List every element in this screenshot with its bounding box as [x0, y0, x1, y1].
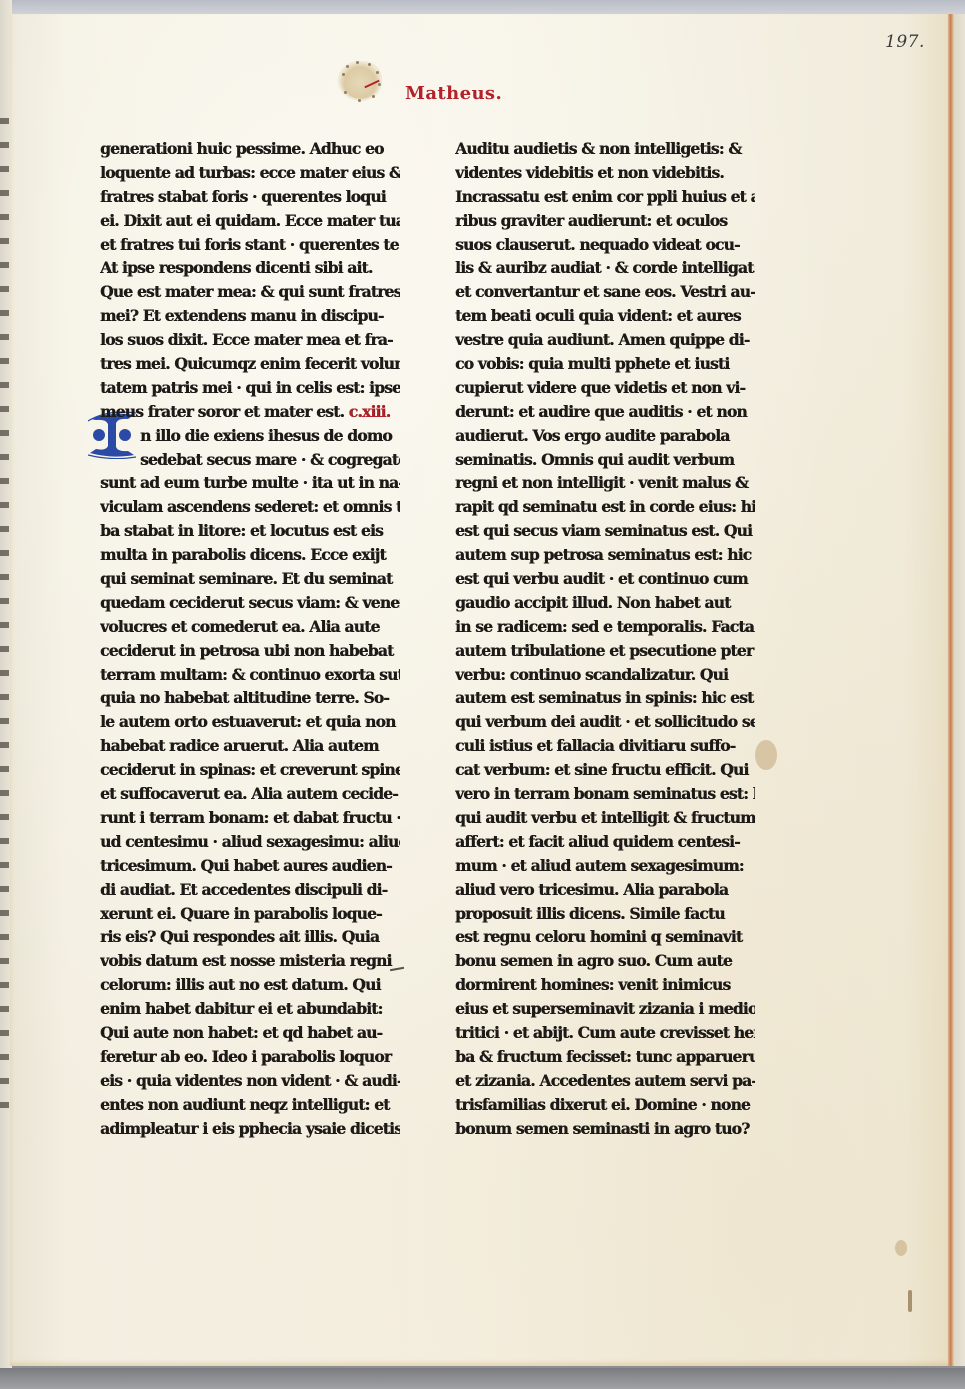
- facing-text-fragment: [0, 430, 9, 436]
- facing-text-fragment: [0, 886, 9, 892]
- stitch-mark: [358, 99, 361, 102]
- facing-text-fragment: [0, 646, 9, 652]
- text-line: verbu: continuo scandalizatur. Qui: [455, 663, 755, 687]
- facing-text-fragment: [0, 142, 9, 148]
- text-line: cat verbum: et sine fructu efficit. Qui: [455, 758, 755, 782]
- text-line: mum · et aliud autem sexagesimum:: [455, 854, 755, 878]
- text-line: quia no habebat altitudine terre. So-: [100, 686, 400, 710]
- marginal-mark: [908, 1290, 912, 1312]
- chapter-rubric: c.xiii.: [349, 402, 391, 421]
- text-line: fratres stabat foris · querentes loqui: [100, 185, 400, 209]
- stitch-mark: [346, 65, 349, 68]
- text-line: qui verbum dei audit · et sollicitudo se…: [455, 710, 755, 734]
- facing-text-fragment: [0, 838, 9, 844]
- text-line: rapit qd seminatu est in corde eius: hic: [455, 495, 755, 519]
- parchment-hole: [340, 63, 380, 99]
- text-line: ris eis? Qui respondes ait illis. Quia: [100, 925, 400, 949]
- facing-text-fragment: [0, 574, 9, 580]
- text-line: qui seminat seminare. Et du seminat: [100, 567, 400, 591]
- text-line: los suos dixit. Ecce mater mea et fra-: [100, 328, 400, 352]
- text-line: Qui aute non habet: et qd habet au-: [100, 1021, 400, 1045]
- text-line: in se radicem: sed e temporalis. Facta: [455, 615, 755, 639]
- text-line: bonu semen in agro suo. Cum aute: [455, 949, 755, 973]
- facing-text-fragment: [0, 454, 9, 460]
- text-line: audierut. Vos ergo audite parabola: [455, 424, 755, 448]
- facing-text-fragment: [0, 1054, 9, 1060]
- facing-text-fragment: [0, 766, 9, 772]
- text-column-left: generationi huic pessime. Adhuc eo loque…: [100, 137, 400, 1140]
- text-line: ba & fructum fecisset: tunc apparuerut: [455, 1045, 755, 1069]
- text-line: autem sup petrosa seminatus est: hic: [455, 543, 755, 567]
- text-line: generationi huic pessime. Adhuc eo: [100, 137, 400, 161]
- text-line: est qui verbu audit · et continuo cum: [455, 567, 755, 591]
- stitch-mark: [378, 83, 381, 86]
- facing-text-fragment: [0, 238, 9, 244]
- text-line: gaudio accipit illud. Non habet aut: [455, 591, 755, 615]
- text-line: dormirent homines: venit inimicus: [455, 973, 755, 997]
- folio-number: 197.: [885, 32, 925, 52]
- stitch-mark: [372, 95, 375, 98]
- text-column-right: Auditu audietis & non intelligetis: & vi…: [455, 137, 755, 1140]
- text-line: vobis datum est nosse misteria regni: [100, 949, 400, 973]
- facing-text-fragment: [0, 694, 9, 700]
- text-line: autem tribulatione et psecutione pter: [455, 639, 755, 663]
- text-line: loquente ad turbas: ecce mater eius &: [100, 161, 400, 185]
- text-line: le autem orto estuaverut: et quia non: [100, 710, 400, 734]
- text-line: celorum: illis aut no est datum. Qui: [100, 973, 400, 997]
- text-line: co vobis: quia multi pphete et iusti: [455, 352, 755, 376]
- facing-text-fragment: [0, 214, 9, 220]
- text-line: volucres et comederut ea. Alia aute: [100, 615, 400, 639]
- text-line: Incrassatu est enim cor ppli huius et au…: [455, 185, 755, 209]
- facing-text-fragment: [0, 478, 9, 484]
- text-line: meus frater soror et mater est. c.xiii.: [100, 400, 400, 424]
- text-line: et zizania. Accedentes autem servi pa-: [455, 1069, 755, 1093]
- parchment-stain: [895, 1240, 907, 1256]
- text-line: runt i terram bonam: et dabat fructu · a…: [100, 806, 400, 830]
- text-line: est regnu celoru homini q seminavit: [455, 925, 755, 949]
- text-line: seminatis. Omnis qui audit verbum: [455, 448, 755, 472]
- facing-text-fragment: [0, 502, 9, 508]
- text-line: Auditu audietis & non intelligetis: &: [455, 137, 755, 161]
- facing-text-fragment: [0, 910, 9, 916]
- text-line: est qui secus viam seminatus est. Qui: [455, 519, 755, 543]
- text-line: et convertantur et sane eos. Vestri au-: [455, 280, 755, 304]
- text-line: regni et non intelligit · venit malus &: [455, 471, 755, 495]
- text-line: n illo die exiens ihesus de domo: [100, 424, 400, 448]
- facing-text-fragment: [0, 358, 9, 364]
- facing-text-fragment: [0, 190, 9, 196]
- facing-text-fragment: [0, 814, 9, 820]
- stitch-mark: [376, 71, 379, 74]
- text-line: et fratres tui foris stant · querentes t…: [100, 233, 400, 257]
- text-line: entes non audiunt neqz intelligut: et: [100, 1093, 400, 1117]
- text-line: derunt: et audire que auditis · et non: [455, 400, 755, 424]
- text-line: ba stabat in litore: et locutus est eis: [100, 519, 400, 543]
- text-line: ceciderut in petrosa ubi non habebat: [100, 639, 400, 663]
- text-line: viculam ascendens sederet: et omnis tur-: [100, 495, 400, 519]
- text-line: culi istius et fallacia divitiaru suffo-: [455, 734, 755, 758]
- text-line-content: meus frater soror et mater est.: [100, 402, 344, 421]
- facing-text-fragment: [0, 718, 9, 724]
- scan-background-top: [0, 0, 965, 14]
- facing-text-fragment: [0, 118, 9, 124]
- text-line: eis · quia videntes non vident · & audi-: [100, 1069, 400, 1093]
- text-line: videntes videbitis et non videbitis.: [455, 161, 755, 185]
- text-line: feretur ab eo. Ideo i parabolis loquor: [100, 1045, 400, 1069]
- text-line: eius et superseminavit zizania i medio: [455, 997, 755, 1021]
- text-line: ud centesimu · aliud sexagesimu: aliud: [100, 830, 400, 854]
- text-line: vero in terram bonam seminatus est: hic …: [455, 782, 755, 806]
- text-line: trisfamilias dixerut ei. Domine · none: [455, 1093, 755, 1117]
- running-head: Matheus.: [405, 83, 502, 104]
- text-line: lis & auribz audiat · & corde intelligat…: [455, 256, 755, 280]
- text-line: quedam ceciderut secus viam: & venerut: [100, 591, 400, 615]
- parchment-stain: [755, 740, 777, 770]
- facing-text-fragment: [0, 742, 9, 748]
- facing-text-fragment: [0, 670, 9, 676]
- text-line: tem beati oculi quia vident: et aures: [455, 304, 755, 328]
- facing-text-fragment: [0, 622, 9, 628]
- text-line: sedebat secus mare · & cogregate: [100, 448, 400, 472]
- facing-text-fragment: [0, 790, 9, 796]
- facing-text-fragment: [0, 526, 9, 532]
- facing-text-fragment: [0, 166, 9, 172]
- text-line: habebat radice aruerut. Alia autem: [100, 734, 400, 758]
- facing-text-fragment: [0, 382, 9, 388]
- facing-text-fragment: [0, 1102, 9, 1108]
- text-line: cupierut videre que videtis et non vi-: [455, 376, 755, 400]
- scan-background-bottom: [0, 1368, 965, 1389]
- text-line: suos clauserut. nequado videat ocu-: [455, 233, 755, 257]
- stitch-mark: [368, 63, 371, 66]
- text-line: vestre quia audiunt. Amen quippe di-: [455, 328, 755, 352]
- text-line: proposuit illis dicens. Simile factu: [455, 902, 755, 926]
- text-line: Que est mater mea: & qui sunt fratres: [100, 280, 400, 304]
- facing-text-fragment: [0, 1078, 9, 1084]
- stitch-mark: [342, 73, 345, 76]
- text-line: tricesimum. Qui habet aures audien-: [100, 854, 400, 878]
- stitch-mark: [356, 61, 359, 64]
- text-line: autem est seminatus in spinis: hic est: [455, 686, 755, 710]
- text-line: bonum semen seminasti in agro tuo?: [455, 1117, 755, 1141]
- facing-text-fragment: [0, 334, 9, 340]
- text-line: mei? Et extendens manu in discipu-: [100, 304, 400, 328]
- text-line: At ipse respondens dicenti sibi ait.: [100, 256, 400, 280]
- text-line: tres mei. Quicumqz enim fecerit volun-: [100, 352, 400, 376]
- facing-text-fragment: [0, 1006, 9, 1012]
- facing-text-fragment: [0, 862, 9, 868]
- facing-text-fragment: [0, 1030, 9, 1036]
- next-leaf-edge: [954, 14, 965, 1366]
- text-line: qui audit verbu et intelligit & fructum: [455, 806, 755, 830]
- text-line: enim habet dabitur ei et abundabit:: [100, 997, 400, 1021]
- text-line: affert: et facit aliud quidem centesi-: [455, 830, 755, 854]
- text-line: terram multam: & continuo exorta sut:: [100, 663, 400, 687]
- text-line: adimpleatur i eis pphecia ysaie dicetis.: [100, 1117, 400, 1141]
- stitch-mark: [344, 91, 347, 94]
- text-line: ei. Dixit aut ei quidam. Ecce mater tua: [100, 209, 400, 233]
- facing-text-fragment: [0, 934, 9, 940]
- facing-text-fragment: [0, 982, 9, 988]
- facing-text-fragment: [0, 958, 9, 964]
- text-line: xerunt ei. Quare in parabolis loque-: [100, 902, 400, 926]
- text-line: et suffocaverut ea. Alia autem cecide-: [100, 782, 400, 806]
- text-line: ceciderut in spinas: et creverunt spine: [100, 758, 400, 782]
- facing-text-fragment: [0, 262, 9, 268]
- facing-text-fragment: [0, 598, 9, 604]
- text-line: sunt ad eum turbe multe · ita ut in na-: [100, 471, 400, 495]
- text-line: aliud vero tricesimu. Alia parabola: [455, 878, 755, 902]
- facing-text-fragment: [0, 310, 9, 316]
- text-line: tritici · et abijt. Cum aute crevisset h…: [455, 1021, 755, 1045]
- text-line: tatem patris mei · qui in celis est: ips…: [100, 376, 400, 400]
- facing-text-fragment: [0, 406, 9, 412]
- facing-text-fragment: [0, 550, 9, 556]
- text-line: di audiat. Et accedentes discipuli di-: [100, 878, 400, 902]
- facing-text-fragment: [0, 286, 9, 292]
- text-line: multa in parabolis dicens. Ecce exijt: [100, 543, 400, 567]
- text-line: ribus graviter audierunt: et oculos: [455, 209, 755, 233]
